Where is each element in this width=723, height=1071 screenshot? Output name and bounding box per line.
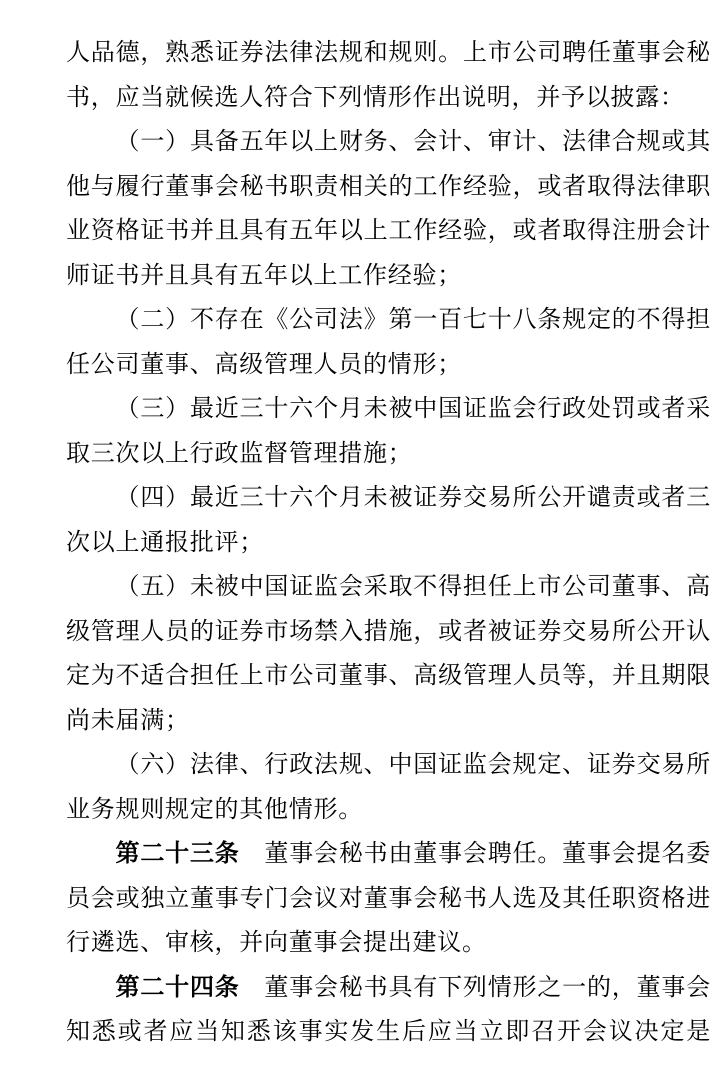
paragraph-item-6: （六）法律、行政法规、中国证监会规定、证券交易所业务规则规定的其他情形。 [66,743,711,832]
article-number-label: 第二十三条 [116,841,240,867]
paragraph-item-1: （一）具备五年以上财务、会计、审计、法律合规或其他与履行董事会秘书职责相关的工作… [66,120,711,298]
text-run: （五）未被中国证监会采取不得担任上市公司董事、高级管理人员的证券市场禁入措施，或… [66,574,711,734]
document-body: 人品德，熟悉证券法律法规和规则。上市公司聘任董事会秘书，应当就候选人符合下列情形… [66,31,711,1055]
paragraph-item-3: （三）最近三十六个月未被中国证监会行政处罚或者采取三次以上行政监督管理措施； [66,387,711,476]
paragraph-article-23: 第二十三条 董事会秘书由董事会聘任。董事会提名委员会或独立董事专门会议对董事会秘… [66,832,711,966]
paragraph-continuation: 人品德，熟悉证券法律法规和规则。上市公司聘任董事会秘书，应当就候选人符合下列情形… [66,31,711,120]
text-run: （二）不存在《公司法》第一百七十八条规定的不得担任公司董事、高级管理人员的情形； [66,307,711,378]
text-run: （一）具备五年以上财务、会计、审计、法律合规或其他与履行董事会秘书职责相关的工作… [66,129,711,289]
paragraph-article-24: 第二十四条 董事会秘书具有下列情形之一的，董事会知悉或者应当知悉该事实发生后应当… [66,966,711,1055]
text-run: （四）最近三十六个月未被证券交易所公开谴责或者三次以上通报批评； [66,485,711,556]
text-run: （六）法律、行政法规、中国证监会规定、证券交易所业务规则规定的其他情形。 [66,752,711,823]
text-run: （三）最近三十六个月未被中国证监会行政处罚或者采取三次以上行政监督管理措施； [66,396,711,467]
article-number-label: 第二十四条 [116,975,240,1001]
paragraph-item-5: （五）未被中国证监会采取不得担任上市公司董事、高级管理人员的证券市场禁入措施，或… [66,565,711,743]
paragraph-item-4: （四）最近三十六个月未被证券交易所公开谴责或者三次以上通报批评； [66,476,711,565]
text-run: 人品德，熟悉证券法律法规和规则。上市公司聘任董事会秘书，应当就候选人符合下列情形… [66,40,711,111]
document-page: 人品德，熟悉证券法律法规和规则。上市公司聘任董事会秘书，应当就候选人符合下列情形… [0,0,723,1071]
paragraph-item-2: （二）不存在《公司法》第一百七十八条规定的不得担任公司董事、高级管理人员的情形； [66,298,711,387]
